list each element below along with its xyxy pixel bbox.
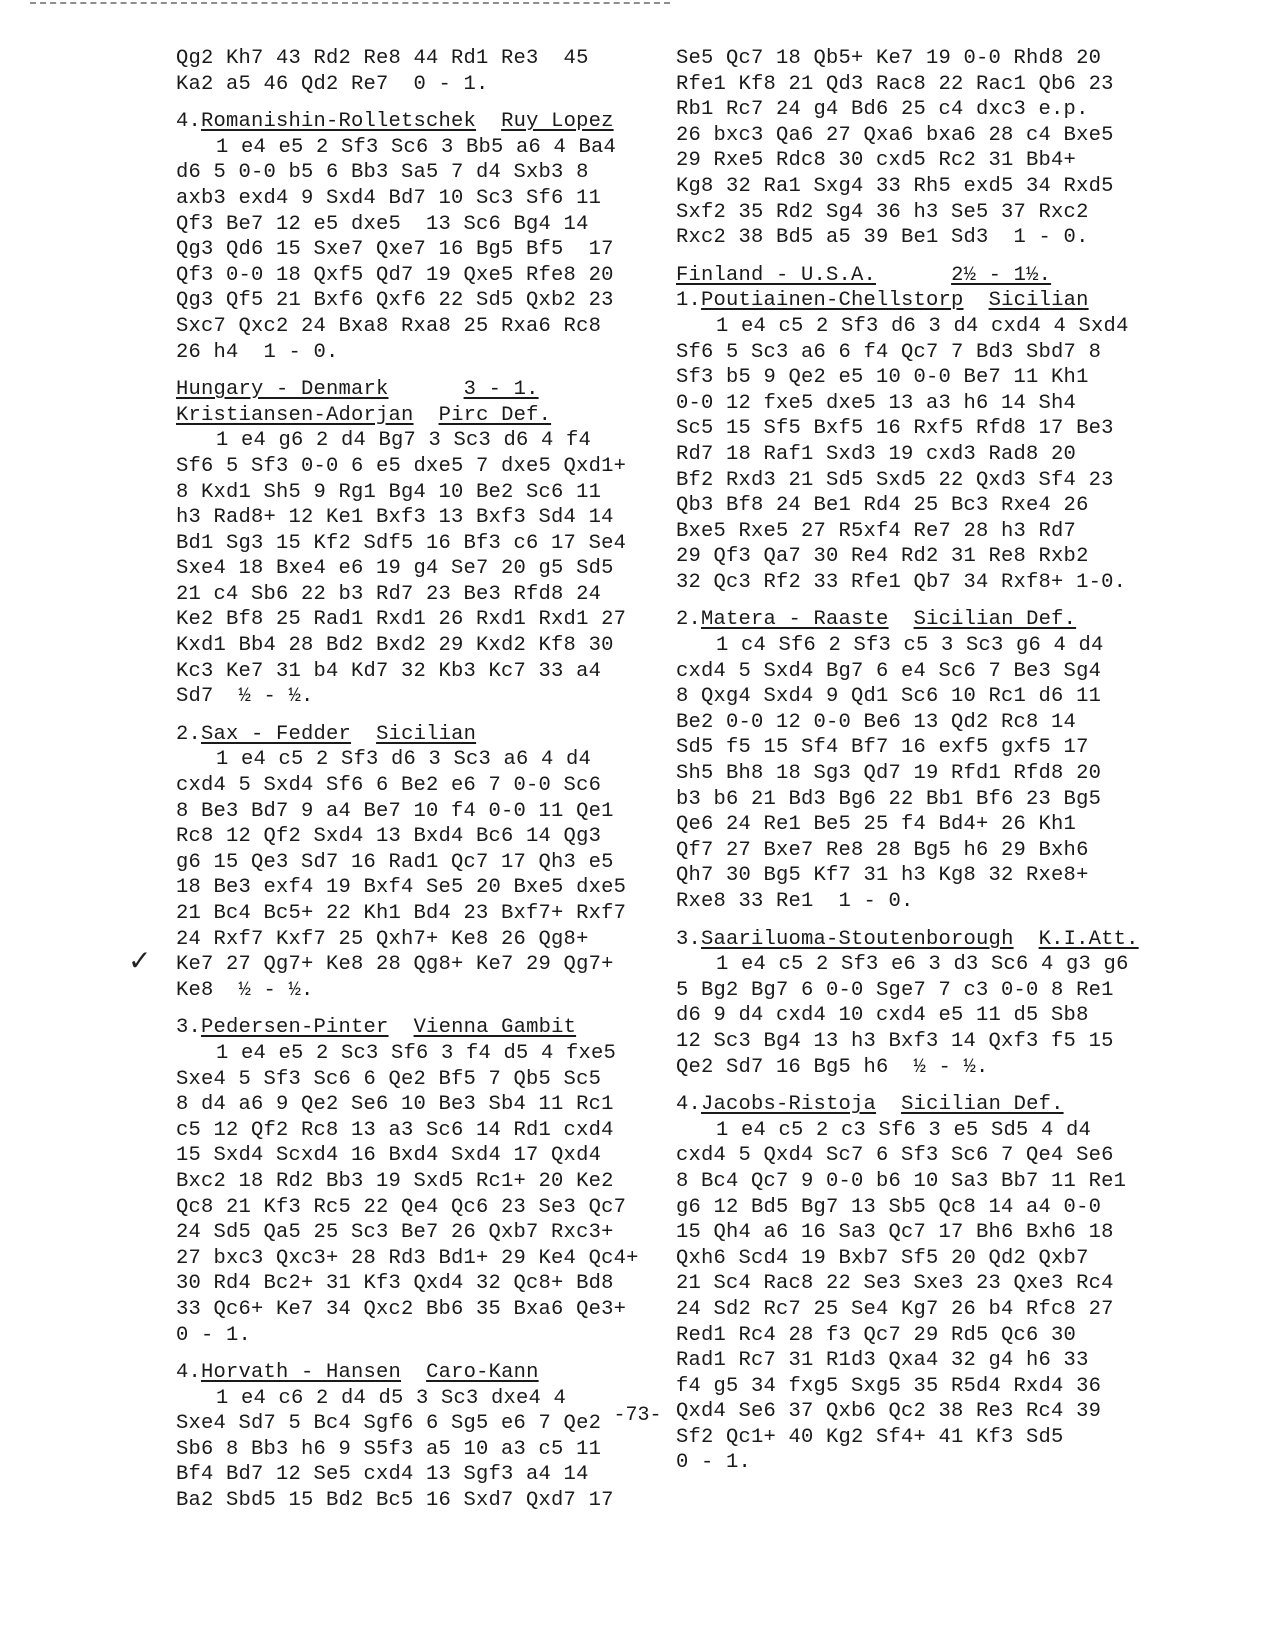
page-number: -73- — [0, 1404, 1275, 1427]
moves-line: Rxc2 38 Bd5 a5 39 Be1 Sd3 1 - 0. — [676, 225, 1156, 251]
game-players: Saariluoma-Stoutenborough — [701, 928, 1014, 951]
match-title-line: Finland - U.S.A. 2½ - 1½. — [676, 263, 1156, 289]
moves-line: Qg2 Kh7 43 Rd2 Re8 44 Rd1 Re3 45 — [176, 46, 651, 72]
moves-line: Be2 0-0 12 0-0 Be6 13 Qd2 Rc8 14 — [676, 710, 1156, 736]
moves-line: Qf3 0-0 18 Qxf5 Qd7 19 Qxe5 Rfe8 20 — [176, 263, 651, 289]
moves-line: 1 e4 c5 2 c3 Sf6 3 e5 Sd5 4 d4 — [676, 1118, 1156, 1144]
game-players: Sax - Fedder — [201, 723, 351, 746]
moves-line: 26 h4 1 - 0. — [176, 340, 651, 366]
moves-line: Qe2 Sd7 16 Bg5 h6 ½ - ½. — [676, 1055, 1156, 1081]
moves-line: 15 Sxd4 Scxd4 16 Bxd4 Sxd4 17 Qxd4 — [176, 1143, 651, 1169]
moves-line: Sh5 Bh8 18 Sg3 Qd7 19 Rfd1 Rfd8 20 — [676, 761, 1156, 787]
spacer — [676, 1080, 1156, 1092]
moves-line: c5 12 Qf2 Rc8 13 a3 Sc6 14 Rd1 cxd4 — [176, 1118, 651, 1144]
match-header: Hungary - Denmark 3 - 1. — [176, 365, 651, 403]
game-opening: Sicilian — [989, 289, 1089, 312]
match-title-line: Hungary - Denmark 3 - 1. — [176, 377, 651, 403]
right-column: Se5 Qc7 18 Qb5+ Ke7 19 0-0 Rhd8 20Rfe1 K… — [676, 46, 1156, 1476]
moves-line: 0 - 1. — [676, 1450, 1156, 1476]
game-players: Matera - Raaste — [701, 608, 889, 631]
game-entry: Kristiansen-Adorjan Pirc Def.1 e4 g6 2 d… — [176, 403, 651, 710]
moves-line: 8 d4 a6 9 Qe2 Se6 10 Be3 Sb4 11 Rc1 — [176, 1092, 651, 1118]
moves-line: Ba2 Sbd5 15 Bd2 Bc5 16 Sxd7 Qxd7 17 — [176, 1488, 651, 1514]
moves-line: Rad1 Rc7 31 R1d3 Qxa4 32 g4 h6 33 — [676, 1348, 1156, 1374]
spacer — [676, 595, 1156, 607]
moves-line: Qg3 Qf5 21 Bxf6 Qxf6 22 Sd5 Qxb2 23 — [176, 288, 651, 314]
game-entry: 2.Sax - Fedder Sicilian1 e4 c5 2 Sf3 d6 … — [176, 710, 651, 1004]
moves-line: Ke2 Bf8 25 Rad1 Rxd1 26 Rxd1 Rxd1 27 — [176, 607, 651, 633]
moves-line: Sxc7 Qxc2 24 Bxa8 Rxa8 25 Rxa6 Rc8 — [176, 314, 651, 340]
moves-line: 0 - 1. — [176, 1323, 651, 1349]
moves-line: 1 c4 Sf6 2 Sf3 c5 3 Sc3 g6 4 d4 — [676, 633, 1156, 659]
game-entry: 2.Matera - Raaste Sicilian Def.1 c4 Sf6 … — [676, 595, 1156, 914]
moves-line: g6 15 Qe3 Sd7 16 Rad1 Qc7 17 Qh3 e5 — [176, 850, 651, 876]
moves-line: 32 Qc3 Rf2 33 Rfe1 Qb7 34 Rxf8+ 1-0. — [676, 570, 1156, 596]
moves-line: 1 e4 g6 2 d4 Bg7 3 Sc3 d6 4 f4 — [176, 428, 651, 454]
game-opening: Ruy Lopez — [501, 110, 614, 133]
moves-line: Qf7 27 Bxe7 Re8 28 Bg5 h6 29 Bxh6 — [676, 838, 1156, 864]
moves-line: Kc3 Ke7 31 b4 Kd7 32 Kb3 Kc7 33 a4 — [176, 659, 651, 685]
moves-line: 33 Qc6+ Ke7 34 Qxc2 Bb6 35 Bxa6 Qe3+ — [176, 1297, 651, 1323]
game-number: 4. — [176, 1361, 201, 1384]
moves-line: Sf6 5 Sc3 a6 6 f4 Qc7 7 Bd3 Sbd7 8 — [676, 340, 1156, 366]
moves-line: Qh7 30 Bg5 Kf7 31 h3 Kg8 32 Rxe8+ — [676, 863, 1156, 889]
moves-line: Ke7 27 Qg7+ Ke8 28 Qg8+ Ke7 29 Qg7+ — [176, 952, 651, 978]
moves-line: Qb3 Bf8 24 Be1 Rd4 25 Bc3 Rxe4 26 — [676, 493, 1156, 519]
moves-line: cxd4 5 Sxd4 Bg7 6 e4 Sc6 7 Be3 Sg4 — [676, 659, 1156, 685]
game-opening: Pirc Def. — [439, 404, 552, 427]
moves-line: Se5 Qc7 18 Qb5+ Ke7 19 0-0 Rhd8 20 — [676, 46, 1156, 72]
moves-line: Rd7 18 Raf1 Sxd3 19 cxd3 Rad8 20 — [676, 442, 1156, 468]
moves-line: Rfe1 Kf8 21 Qd3 Rac8 22 Rac1 Qb6 23 — [676, 72, 1156, 98]
moves-line: h3 Rad8+ 12 Ke1 Bxf3 13 Bxf3 Sd4 14 — [176, 505, 651, 531]
spacer — [676, 251, 1156, 263]
moves-line: Sf2 Qc1+ 40 Kg2 Sf4+ 41 Kf3 Sd5 — [676, 1425, 1156, 1451]
game-number: 1. — [676, 289, 701, 312]
game-entry: 4.Horvath - Hansen Caro-Kann1 e4 c6 2 d4… — [176, 1348, 651, 1514]
game-entry: 4.Romanishin-Rolletschek Ruy Lopez1 e4 e… — [176, 97, 651, 365]
game-entry: 3.Pedersen-Pinter Vienna Gambit1 e4 e5 2… — [176, 1003, 651, 1348]
game-heading: 3.Saariluoma-Stoutenborough K.I.Att. — [676, 927, 1156, 953]
moves-line: Qc8 21 Kf3 Rc5 22 Qe4 Qc6 23 Se3 Qc7 — [176, 1195, 651, 1221]
moves-line: d6 5 0-0 b5 6 Bb3 Sa5 7 d4 Sxb3 8 — [176, 160, 651, 186]
moves-line: Sb6 8 Bb3 h6 9 S5f3 a5 10 a3 c5 11 — [176, 1437, 651, 1463]
game-heading: 3.Pedersen-Pinter Vienna Gambit — [176, 1015, 651, 1041]
moves-line: 1 e4 c5 2 Sf3 d6 3 Sc3 a6 4 d4 — [176, 747, 651, 773]
game-number: 4. — [176, 110, 201, 133]
moves-line: 12 Sc3 Bg4 13 h3 Bxf3 14 Qxf3 f5 15 — [676, 1029, 1156, 1055]
moves-line: Red1 Rc4 28 f3 Qc7 29 Rd5 Qc6 30 — [676, 1323, 1156, 1349]
moves-line: Qe6 24 Re1 Be5 25 f4 Bd4+ 26 Kh1 — [676, 812, 1156, 838]
moves-line: 21 Sc4 Rac8 22 Se3 Sxe3 23 Qxe3 Rc4 — [676, 1271, 1156, 1297]
moves-line: 0-0 12 fxe5 dxe5 13 a3 h6 14 Sh4 — [676, 391, 1156, 417]
game-entry: 1.Poutiainen-Chellstorp Sicilian1 e4 c5 … — [676, 288, 1156, 595]
moves-line: 8 Kxd1 Sh5 9 Rg1 Bg4 10 Be2 Sc6 11 — [176, 480, 651, 506]
match-score: 2½ - 1½. — [951, 264, 1051, 287]
moves-line: 30 Rd4 Bc2+ 31 Kf3 Qxd4 32 Qc8+ Bd8 — [176, 1271, 651, 1297]
moves-line: cxd4 5 Sxd4 Sf6 6 Be2 e6 7 0-0 Sc6 — [176, 773, 651, 799]
game-players: Kristiansen-Adorjan — [176, 404, 414, 427]
game-opening: Vienna Gambit — [414, 1016, 577, 1039]
game-number: 2. — [176, 723, 201, 746]
moves-line: Kg8 32 Ra1 Sxg4 33 Rh5 exd5 34 Rxd5 — [676, 174, 1156, 200]
game-number: 3. — [676, 928, 701, 951]
moves-line: 29 Qf3 Qa7 30 Re4 Rd2 31 Re8 Rxb2 — [676, 544, 1156, 570]
continued-moves: Qg2 Kh7 43 Rd2 Re8 44 Rd1 Re3 45Ka2 a5 4… — [176, 46, 651, 97]
game-players: Horvath - Hansen — [201, 1361, 401, 1384]
moves-line: Bf4 Bd7 12 Se5 cxd4 13 Sgf3 a4 14 — [176, 1462, 651, 1488]
moves-line: Sd7 ½ - ½. — [176, 684, 651, 710]
moves-line: 1 e4 c5 2 Sf3 d6 3 d4 cxd4 4 Sxd4 — [676, 314, 1156, 340]
moves-line: g6 12 Bd5 Bg7 13 Sb5 Qc8 14 a4 0-0 — [676, 1195, 1156, 1221]
spacer — [176, 710, 651, 722]
moves-line: Sc5 15 Sf5 Bxf5 16 Rxf5 Rfd8 17 Be3 — [676, 416, 1156, 442]
game-number: 4. — [676, 1093, 701, 1116]
match-header: Finland - U.S.A. 2½ - 1½. — [676, 251, 1156, 289]
moves-line: b3 b6 21 Bd3 Bg6 22 Bb1 Bf6 23 Bg5 — [676, 787, 1156, 813]
top-border-rule — [30, 2, 670, 4]
moves-line: Qf3 Be7 12 e5 dxe5 13 Sc6 Bg4 14 — [176, 212, 651, 238]
game-heading: 2.Sax - Fedder Sicilian — [176, 722, 651, 748]
moves-line: d6 9 d4 cxd4 10 cxd4 e5 11 d5 Sb8 — [676, 1003, 1156, 1029]
game-heading: 2.Matera - Raaste Sicilian Def. — [676, 607, 1156, 633]
game-opening: K.I.Att. — [1039, 928, 1139, 951]
moves-line: Sd5 f5 15 Sf4 Bf7 16 exf5 gxf5 17 — [676, 735, 1156, 761]
moves-line: Qxh6 Scd4 19 Bxb7 Sf5 20 Qd2 Qxb7 — [676, 1246, 1156, 1272]
moves-line: 29 Rxe5 Rdc8 30 cxd5 Rc2 31 Bb4+ — [676, 148, 1156, 174]
moves-line: 1 e4 e5 2 Sf3 Sc6 3 Bb5 a6 4 Ba4 — [176, 135, 651, 161]
moves-line: Bd1 Sg3 15 Kf2 Sdf5 16 Bf3 c6 17 Se4 — [176, 531, 651, 557]
moves-line: cxd4 5 Qxd4 Sc7 6 Sf3 Sc6 7 Qe4 Se6 — [676, 1143, 1156, 1169]
moves-line: Qg3 Qd6 15 Sxe7 Qxe7 16 Bg5 Bf5 17 — [176, 237, 651, 263]
moves-line: Sxe4 18 Bxe4 e6 19 g4 Se7 20 g5 Sd5 — [176, 556, 651, 582]
moves-line: 24 Rxf7 Kxf7 25 Qxh7+ Ke8 26 Qg8+ — [176, 927, 651, 953]
moves-line: 21 c4 Sb6 22 b3 Rd7 23 Be3 Rfd8 24 — [176, 582, 651, 608]
moves-line: Rxe8 33 Re1 1 - 0. — [676, 889, 1156, 915]
moves-line: Ka2 a5 46 Qd2 Re7 0 - 1. — [176, 72, 651, 98]
moves-line: 8 Qxg4 Sxd4 9 Qd1 Sc6 10 Rc1 d6 11 — [676, 684, 1156, 710]
game-number: 3. — [176, 1016, 201, 1039]
game-heading: 4.Jacobs-Ristoja Sicilian Def. — [676, 1092, 1156, 1118]
game-opening: Sicilian Def. — [914, 608, 1077, 631]
left-column: Qg2 Kh7 43 Rd2 Re8 44 Rd1 Re3 45Ka2 a5 4… — [176, 46, 651, 1514]
moves-line: Rc8 12 Qf2 Sxd4 13 Bxd4 Bc6 14 Qg3 — [176, 824, 651, 850]
moves-line: 18 Be3 exf4 19 Bxf4 Se5 20 Bxe5 dxe5 — [176, 875, 651, 901]
game-players: Poutiainen-Chellstorp — [701, 289, 964, 312]
moves-line: Sf6 5 Sf3 0-0 6 e5 dxe5 7 dxe5 Qxd1+ — [176, 454, 651, 480]
game-heading: Kristiansen-Adorjan Pirc Def. — [176, 403, 651, 429]
moves-line: 24 Sd5 Qa5 25 Sc3 Be7 26 Qxb7 Rxc3+ — [176, 1220, 651, 1246]
game-players: Pedersen-Pinter — [201, 1016, 389, 1039]
game-entry: 3.Saariluoma-Stoutenborough K.I.Att.1 e4… — [676, 915, 1156, 1081]
moves-line: 24 Sd2 Rc7 25 Se4 Kg7 26 b4 Rfc8 27 — [676, 1297, 1156, 1323]
moves-line: Sf3 b5 9 Qe2 e5 10 0-0 Be7 11 Kh1 — [676, 365, 1156, 391]
moves-line: Sxf2 35 Rd2 Sg4 36 h3 Se5 37 Rxc2 — [676, 200, 1156, 226]
moves-line: 8 Be3 Bd7 9 a4 Be7 10 f4 0-0 11 Qe1 — [176, 799, 651, 825]
moves-line: Bf2 Rxd3 21 Sd5 Sxd5 22 Qxd3 Sf4 23 — [676, 468, 1156, 494]
game-players: Romanishin-Rolletschek — [201, 110, 476, 133]
game-players: Jacobs-Ristoja — [701, 1093, 876, 1116]
match-score: 3 - 1. — [464, 378, 539, 401]
moves-line: 1 e4 e5 2 Sc3 Sf6 3 f4 d5 4 fxe5 — [176, 1041, 651, 1067]
moves-line: Sxe4 5 Sf3 Sc6 6 Qe2 Bf5 7 Qb5 Sc5 — [176, 1067, 651, 1093]
match-title: Hungary - Denmark — [176, 378, 389, 401]
match-title: Finland - U.S.A. — [676, 264, 876, 287]
moves-line: 5 Bg2 Bg7 6 0-0 Sge7 7 c3 0-0 8 Re1 — [676, 978, 1156, 1004]
continued-moves: Se5 Qc7 18 Qb5+ Ke7 19 0-0 Rhd8 20Rfe1 K… — [676, 46, 1156, 251]
spacer — [176, 1003, 651, 1015]
game-heading: 4.Romanishin-Rolletschek Ruy Lopez — [176, 109, 651, 135]
moves-line: 21 Bc4 Bc5+ 22 Kh1 Bd4 23 Bxf7+ Rxf7 — [176, 901, 651, 927]
moves-line: Kxd1 Bb4 28 Bd2 Bxd2 29 Kxd2 Kf8 30 — [176, 633, 651, 659]
game-heading: 1.Poutiainen-Chellstorp Sicilian — [676, 288, 1156, 314]
spacer — [176, 1348, 651, 1360]
game-heading: 4.Horvath - Hansen Caro-Kann — [176, 1360, 651, 1386]
moves-line: 1 e4 c5 2 Sf3 e6 3 d3 Sc6 4 g3 g6 — [676, 952, 1156, 978]
moves-line: Rb1 Rc7 24 g4 Bd6 25 c4 dxc3 e.p. — [676, 97, 1156, 123]
moves-line: f4 g5 34 fxg5 Sxg5 35 R5d4 Rxd4 36 — [676, 1374, 1156, 1400]
moves-line: axb3 exd4 9 Sxd4 Bd7 10 Sc3 Sf6 11 — [176, 186, 651, 212]
moves-line: Bxc2 18 Rd2 Bb3 19 Sxd5 Rc1+ 20 Ke2 — [176, 1169, 651, 1195]
checkmark-icon: ✓ — [128, 944, 151, 977]
game-opening: Caro-Kann — [426, 1361, 539, 1384]
spacer — [176, 365, 651, 377]
spacer — [676, 915, 1156, 927]
moves-line: 8 Bc4 Qc7 9 0-0 b6 10 Sa3 Bb7 11 Re1 — [676, 1169, 1156, 1195]
moves-line: 27 bxc3 Qxc3+ 28 Rd3 Bd1+ 29 Ke4 Qc4+ — [176, 1246, 651, 1272]
game-number: 2. — [676, 608, 701, 631]
moves-line: Bxe5 Rxe5 27 R5xf4 Re7 28 h3 Rd7 — [676, 519, 1156, 545]
moves-line: Ke8 ½ - ½. — [176, 978, 651, 1004]
moves-line: 15 Qh4 a6 16 Sa3 Qc7 17 Bh6 Bxh6 18 — [676, 1220, 1156, 1246]
spacer — [176, 97, 651, 109]
game-opening: Sicilian — [376, 723, 476, 746]
game-opening: Sicilian Def. — [901, 1093, 1064, 1116]
moves-line: 26 bxc3 Qa6 27 Qxa6 bxa6 28 c4 Bxe5 — [676, 123, 1156, 149]
